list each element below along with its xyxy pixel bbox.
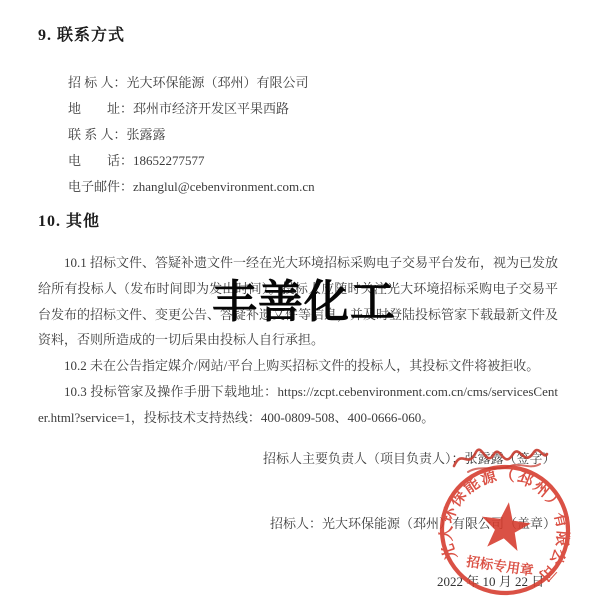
contact-value: 光大环保能源（邳州）有限公司 — [127, 75, 309, 90]
contact-row-email: 电子邮件：zhanglul@cebenvironment.com.cn — [68, 174, 315, 200]
contact-label: 电子邮件： — [68, 179, 133, 194]
seal-purpose-text: 招标专用章 — [464, 553, 535, 579]
paragraph-10-2: 10.2 未在公告指定媒介/网站/平台上购买招标文件的投标人，其投标文件将被拒收… — [38, 353, 558, 379]
company-watermark-text: 丰善化工 — [212, 278, 396, 326]
contact-value: 张露露 — [127, 127, 166, 142]
contact-value: zhanglul@cebenvironment.com.cn — [133, 179, 315, 194]
seal-star-icon — [478, 499, 533, 552]
handwritten-signature-icon — [450, 442, 550, 478]
contact-label: 招 标 人： — [68, 75, 127, 90]
contact-label: 电 话： — [68, 153, 133, 168]
tender-document-page: 9. 联系方式 招 标 人：光大环保能源（邳州）有限公司 地 址：邳州市经济开发… — [0, 0, 590, 605]
contact-row-person: 联 系 人：张露露 — [68, 122, 315, 148]
contact-value: 18652277577 — [133, 153, 205, 168]
section-10-heading: 10. 其他 — [38, 208, 100, 231]
paragraph-10-3: 10.3 投标管家及操作手册下载地址：https://zcpt.cebenvir… — [38, 379, 558, 431]
contact-row-phone: 电 话：18652277577 — [68, 148, 315, 174]
section-9-heading: 9. 联系方式 — [38, 22, 125, 45]
contact-row-address: 地 址：邳州市经济开发区平果西路 — [68, 96, 315, 122]
contact-value: 邳州市经济开发区平果西路 — [133, 101, 289, 116]
contact-label: 地 址： — [68, 101, 133, 116]
contact-row-tenderer: 招 标 人：光大环保能源（邳州）有限公司 — [68, 70, 315, 96]
contact-info-block: 招 标 人：光大环保能源（邳州）有限公司 地 址：邳州市经济开发区平果西路 联 … — [68, 70, 315, 200]
contact-label: 联 系 人： — [68, 127, 127, 142]
